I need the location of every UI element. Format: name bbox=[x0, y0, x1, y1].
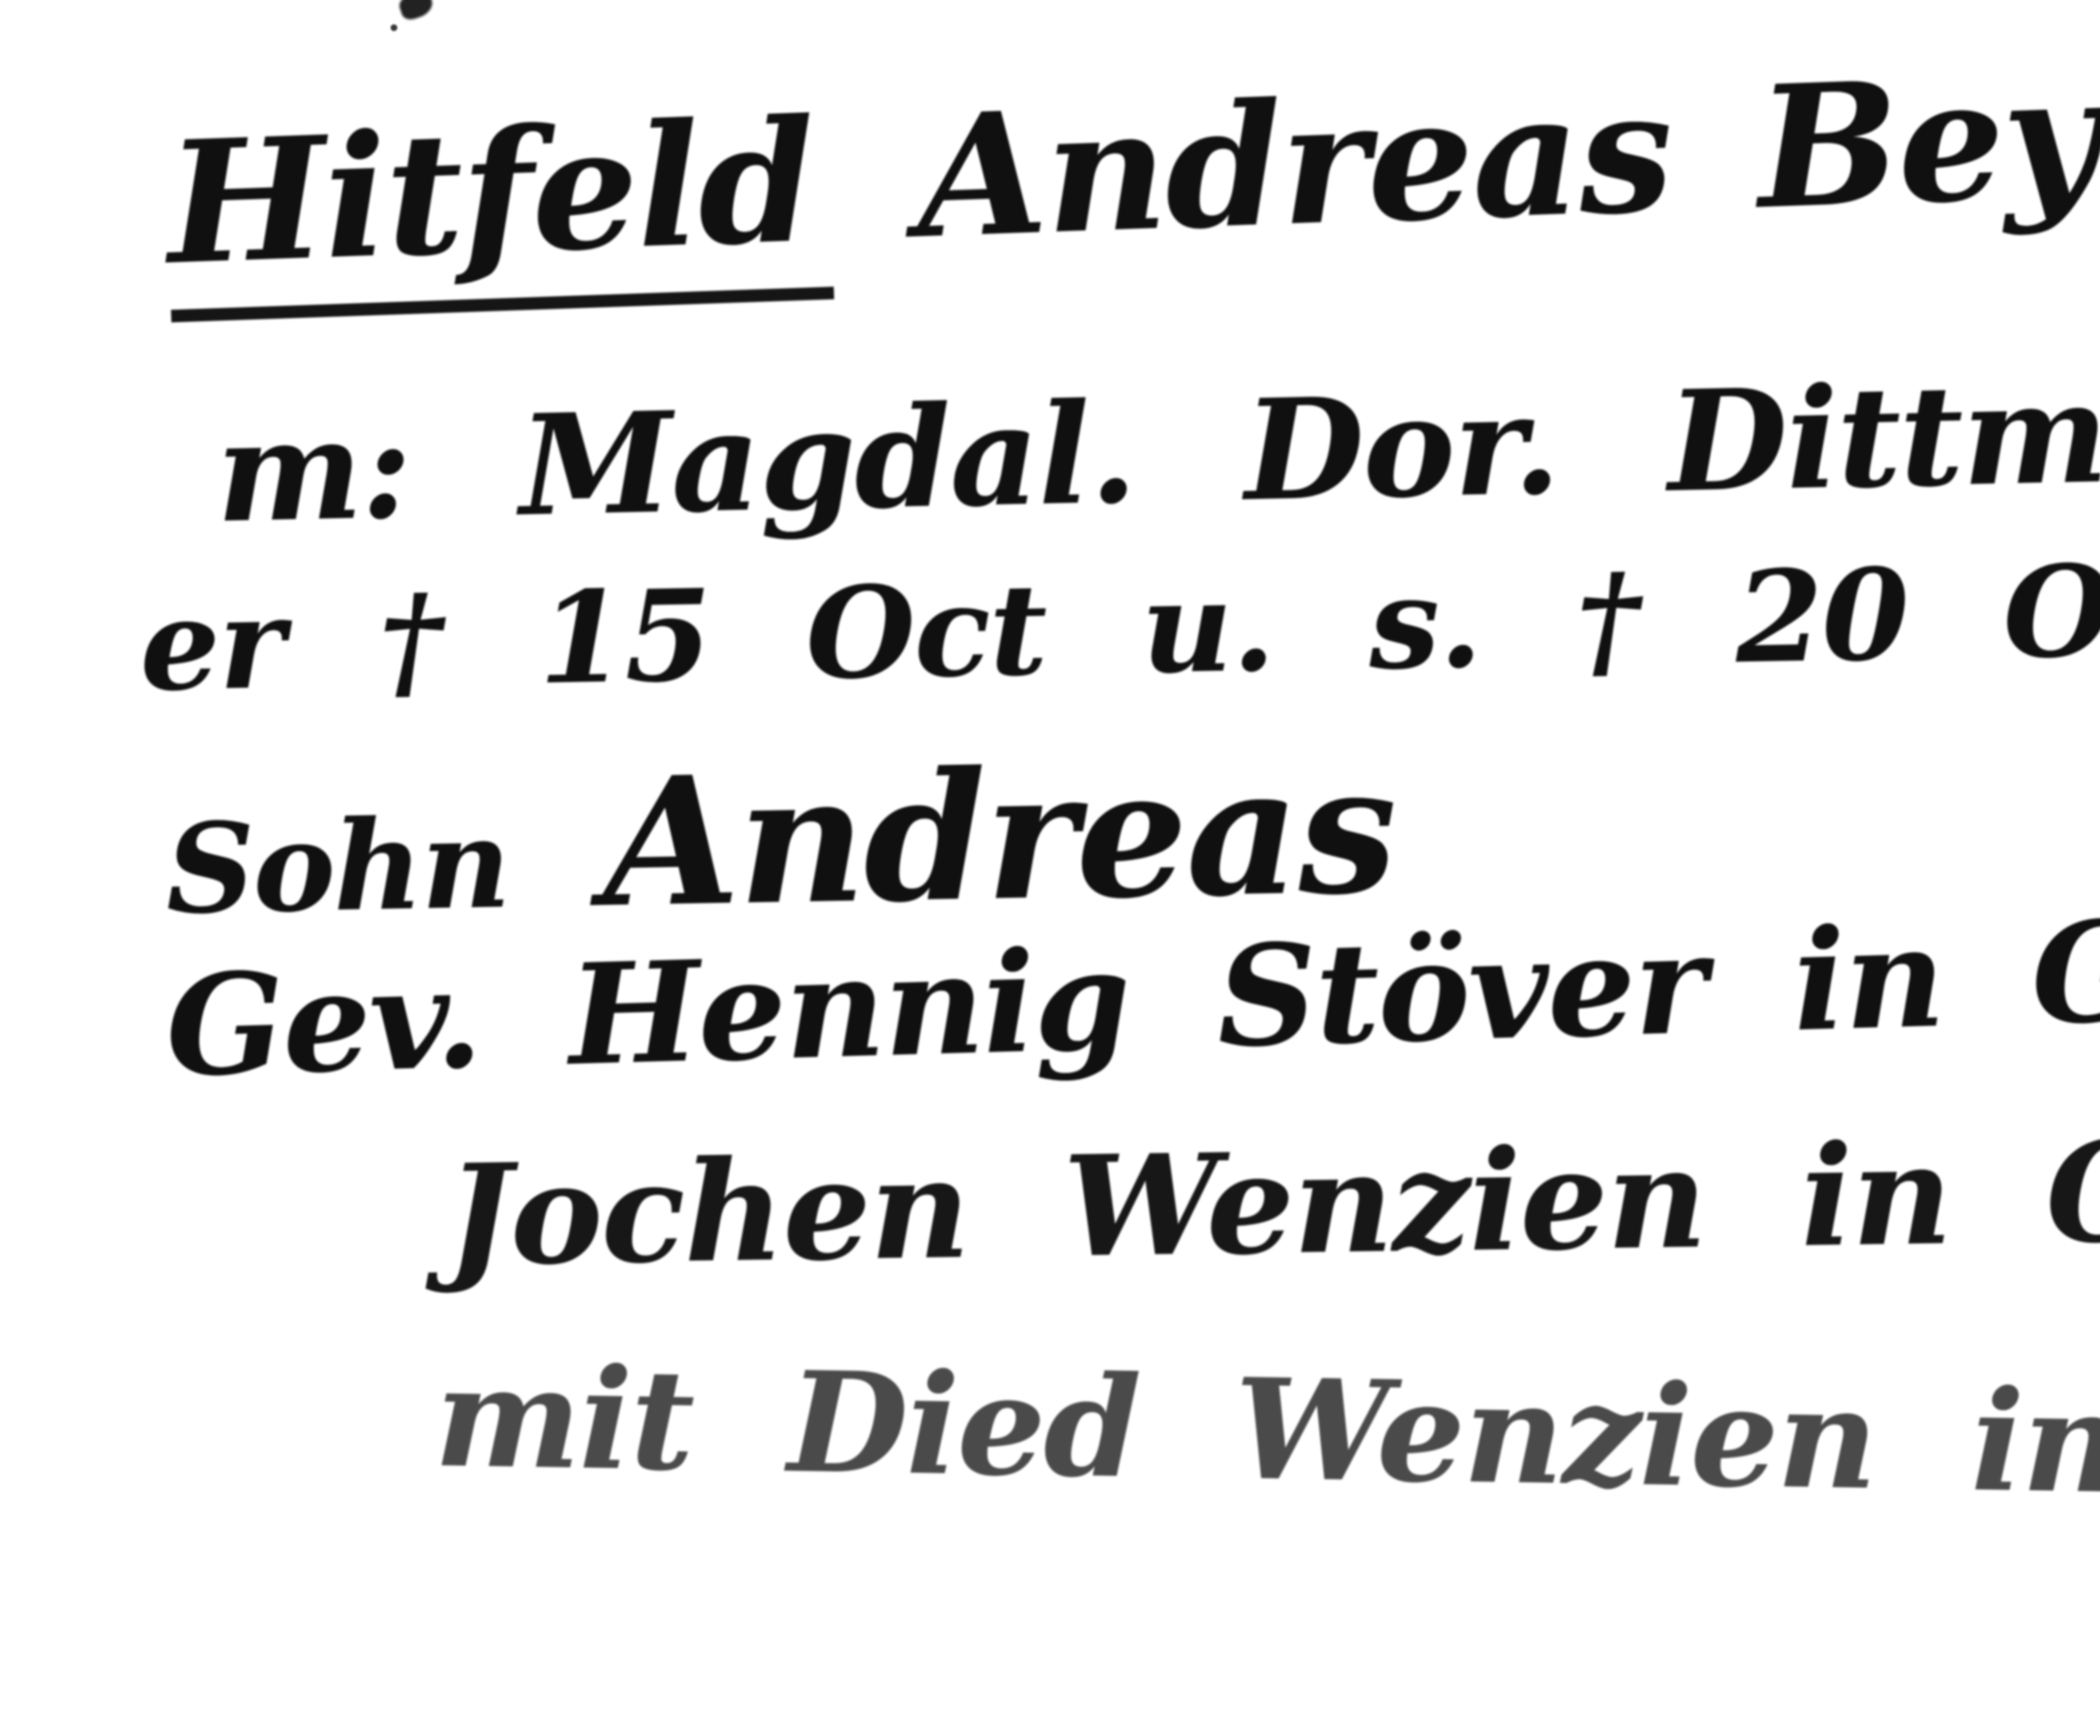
person-name: Andreas Beyer bbox=[913, 31, 2100, 276]
handwritten-line-3-death-dates: er † 15 Oct u. s. † 20 Oct . bbox=[139, 532, 2100, 719]
place-name-underlined: Hitfeld bbox=[164, 82, 834, 323]
top-ink-blot bbox=[397, 0, 436, 22]
death-dates-text: er † 15 Oct u. s. † 20 Oct . bbox=[139, 532, 2100, 719]
handwritten-line-6-godparent-2: Jochen Wenzien in Over bbox=[445, 1107, 2100, 1297]
handwritten-line-2-marriage: m: Magdal. Dor. Dittmers bbox=[214, 346, 2100, 553]
scanned-document-page: Hitfeld Andreas Beyer m: Magdal. Dor. Di… bbox=[0, 0, 2100, 1736]
marriage-entry-text: m: Magdal. Dor. Dittmers bbox=[214, 346, 2100, 553]
godparent-3-text: mit Died Wenzien in bbox=[433, 1335, 2100, 1524]
handwritten-line-1: Hitfeld Andreas Beyer bbox=[164, 31, 2100, 323]
godparent-2-text: Jochen Wenzien in Over bbox=[445, 1107, 2100, 1297]
top-ink-speck bbox=[391, 24, 397, 31]
handwritten-line-7-godparent-3: mit Died Wenzien in Grike bbox=[433, 1277, 2100, 1550]
son-label: Sohn bbox=[165, 791, 510, 942]
